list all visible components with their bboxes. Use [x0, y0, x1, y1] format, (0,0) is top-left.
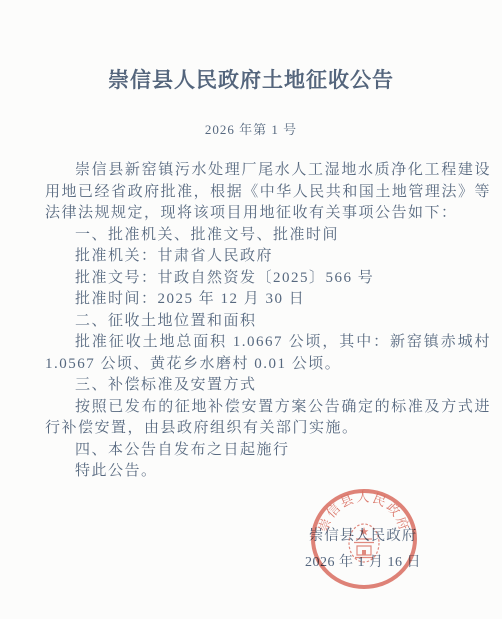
- announcement-document: 崇信县人民政府土地征收公告 2026 年第 1 号 崇信县新窑镇污水处理厂尾水人…: [0, 0, 502, 619]
- document-body: 崇信县新窑镇污水处理厂尾水人工湿地水质净化工程建设用地已经省政府批准，根据《中华…: [0, 160, 502, 483]
- section-4-heading: 四、本公告自发布之日起施行: [45, 440, 491, 462]
- document-title: 崇信县人民政府土地征收公告: [0, 0, 502, 94]
- signature-date: 2026 年 1 月 16 日: [288, 551, 438, 571]
- land-area-paragraph: 批准征收土地总面积 1.0667 公顷，其中：新窑镇赤城村 1.0567 公顷、…: [45, 332, 491, 375]
- closing-line: 特此公告。: [45, 461, 491, 483]
- section-2-heading: 二、征收土地位置和面积: [45, 311, 491, 333]
- approval-date-line: 批准时间：2025 年 12 月 30 日: [45, 289, 491, 311]
- signature-issuer: 崇信县人民政府: [288, 524, 438, 545]
- document-number: 2026 年第 1 号: [0, 119, 502, 138]
- signature-block: 崇信县人民政府 2026 年 1 月 16 日: [288, 524, 438, 571]
- approval-authority-line: 批准机关：甘肃省人民政府: [45, 246, 491, 268]
- intro-paragraph: 崇信县新窑镇污水处理厂尾水人工湿地水质净化工程建设用地已经省政府批准，根据《中华…: [45, 160, 491, 225]
- section-3-heading: 三、补偿标准及安置方式: [45, 375, 491, 397]
- compensation-paragraph: 按照已发布的征地补偿安置方案公告确定的标准及方式进行补偿安置，由县政府组织有关部…: [45, 397, 491, 440]
- approval-docno-line: 批准文号：甘政自然资发〔2025〕566 号: [45, 268, 491, 290]
- section-1-heading: 一、批准机关、批准文号、批准时间: [45, 225, 491, 247]
